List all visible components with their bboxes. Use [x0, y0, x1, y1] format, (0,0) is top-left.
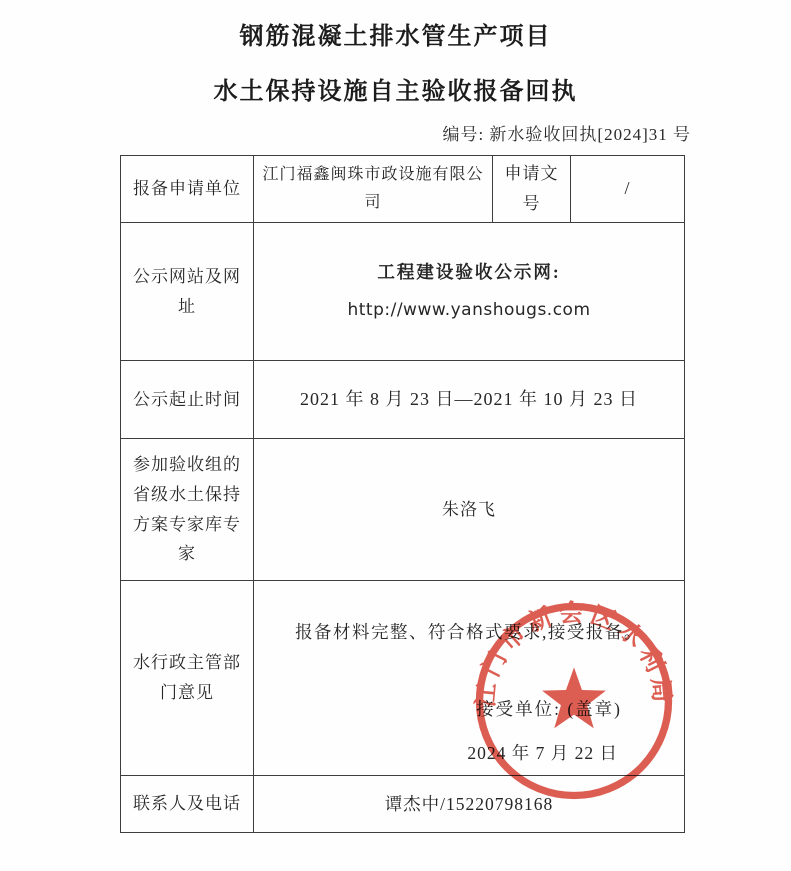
- table-row-website: 公示网站及网址 工程建设验收公示网: http://www.yanshougs.…: [121, 223, 685, 361]
- website-value: 工程建设验收公示网: http://www.yanshougs.com: [254, 223, 685, 361]
- application-doc-number-value: /: [571, 156, 685, 223]
- document-number: 编号: 新水验收回执[2024]31 号: [0, 106, 791, 145]
- expert-label: 参加验收组的省级水土保持方案专家库专家: [121, 439, 254, 581]
- applicant-value: 江门福鑫闽珠市政设施有限公司: [254, 156, 493, 223]
- acceptance-date: 2024 年 7 月 22 日: [260, 738, 678, 769]
- publicity-period-value: 2021 年 8 月 23 日—2021 年 10 月 23 日: [254, 361, 685, 439]
- accepting-unit-line: 接受单位: (盖章): [260, 694, 678, 725]
- table-row-applicant: 报备申请单位 江门福鑫闽珠市政设施有限公司 申请文号 /: [121, 156, 685, 223]
- receipt-table: 报备申请单位 江门福鑫闽珠市政设施有限公司 申请文号 / 公示网站及网址 工程建…: [120, 155, 685, 833]
- application-doc-number-label: 申请文号: [493, 156, 571, 223]
- table-row-expert: 参加验收组的省级水土保持方案专家库专家 朱洛飞: [121, 439, 685, 581]
- scanned-document-page: 钢筋混凝土排水管生产项目 水土保持设施自主验收报备回执 编号: 新水验收回执[2…: [0, 0, 791, 871]
- publicity-period-label: 公示起止时间: [121, 361, 254, 439]
- table-row-contact: 联系人及电话 谭杰中/15220798168: [121, 776, 685, 833]
- opinion-text: 报备材料完整、符合格式要求,接受报备。: [260, 617, 678, 648]
- contact-label: 联系人及电话: [121, 776, 254, 833]
- table-row-publicity-period: 公示起止时间 2021 年 8 月 23 日—2021 年 10 月 23 日: [121, 361, 685, 439]
- applicant-label: 报备申请单位: [121, 156, 254, 223]
- website-url: http://www.yanshougs.com: [260, 296, 678, 326]
- website-label: 公示网站及网址: [121, 223, 254, 361]
- contact-value: 谭杰中/15220798168: [254, 776, 685, 833]
- document-title-line1: 钢筋混凝土排水管生产项目: [0, 0, 791, 51]
- expert-value: 朱洛飞: [254, 439, 685, 581]
- authority-opinion-label: 水行政主管部门意见: [121, 581, 254, 776]
- authority-opinion-value: 报备材料完整、符合格式要求,接受报备。 接受单位: (盖章) 2024 年 7 …: [254, 581, 685, 776]
- website-name: 工程建设验收公示网:: [260, 257, 678, 288]
- table-row-authority-opinion: 水行政主管部门意见 报备材料完整、符合格式要求,接受报备。 接受单位: (盖章)…: [121, 581, 685, 776]
- document-title-line2: 水土保持设施自主验收报备回执: [0, 51, 791, 106]
